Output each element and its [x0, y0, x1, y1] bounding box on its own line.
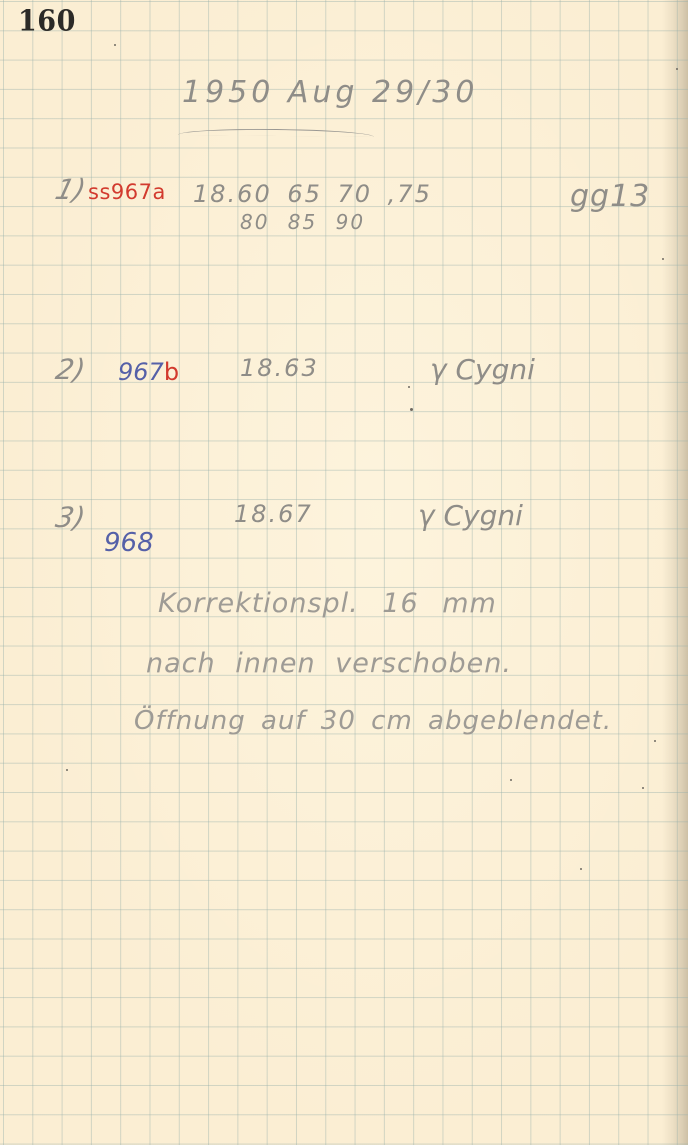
paper-speck [410, 408, 413, 411]
note-line-2: nach innen verschoben. [146, 650, 512, 677]
paper-speck [114, 44, 116, 46]
plate-id: SS967a [88, 182, 166, 203]
object-name: γ Cygni [418, 502, 523, 530]
entry-index: 2) [54, 356, 88, 384]
paper-speck [66, 769, 68, 771]
plate-suffix: b [164, 358, 179, 386]
heading-underline [178, 128, 374, 137]
exposure-times-line-1: 18.60 65 70 ,75 [193, 182, 432, 206]
note-line-1: Korrektionspl. 16 mm [158, 590, 497, 617]
plate-number: 967a [111, 180, 166, 204]
graph-paper-grid [0, 0, 688, 1145]
paper-speck [580, 868, 582, 870]
exposure-times-line-2: 80 85 90 [240, 212, 365, 232]
notebook-page: 160 1950 Aug 29/30 1) SS967a 18.60 65 70… [0, 0, 688, 1145]
paper-speck [676, 68, 678, 70]
plate-number: 967 [118, 358, 164, 386]
observation-date-heading: 1950 Aug 29/30 [182, 78, 478, 108]
paper-speck [654, 740, 656, 742]
exposure-time: 18.63 [240, 356, 319, 380]
paper-speck [662, 258, 664, 260]
object-name: gg13 [570, 182, 650, 212]
exposure-time: 18.67 [234, 502, 313, 526]
plate-prefix: SS [88, 180, 111, 204]
paper-speck [408, 386, 410, 388]
object-name: γ Cygni [430, 356, 535, 384]
entry-index: 3) [54, 504, 88, 532]
page-number: 160 [18, 5, 76, 38]
plate-number: 968 [104, 530, 154, 556]
entry-index: 1) [53, 176, 89, 204]
note-line-3: Öffnung auf 30 cm abgeblendet. [134, 708, 612, 734]
plate-id: 967b [118, 360, 179, 384]
paper-speck [642, 787, 644, 789]
paper-speck [510, 779, 512, 781]
